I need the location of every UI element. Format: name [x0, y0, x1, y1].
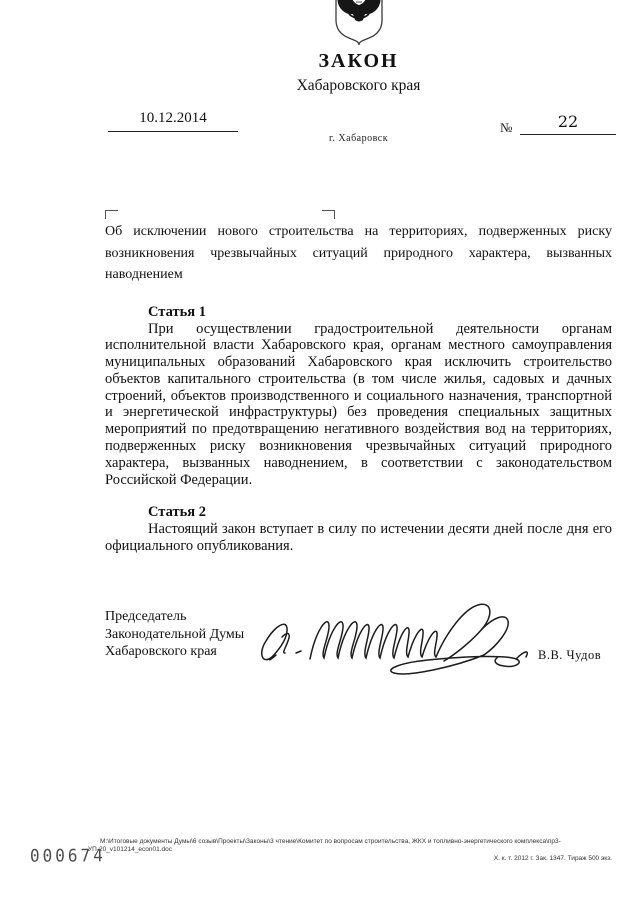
crop-mark-right-icon	[322, 210, 335, 219]
registration-stamp-number: 000674	[30, 845, 106, 866]
document-number: 22	[520, 112, 616, 135]
footer-file-path-line1: М:\Итоговые документы Думы\6 созыв\Проек…	[88, 838, 614, 846]
document-title: Об исключении нового строительства на те…	[105, 221, 612, 286]
footer-print-info: Х. к. т. 2012 г. Зак. 1347. Тираж 500 эк…	[380, 855, 612, 862]
document-region-subtitle: Хабаровского края	[105, 77, 612, 95]
document-date: 10.12.2014	[108, 110, 238, 132]
emblem-wrap	[105, 0, 612, 51]
signer-position-block: Председатель Законодательной Думы Хабаро…	[105, 608, 244, 661]
article-1-text: При осуществлении градостроительной деят…	[105, 321, 612, 489]
article-2-text: Настоящий закон вступает в силу по истеч…	[105, 521, 612, 555]
footer-file-path: М:\Итоговые документы Думы\6 созыв\Проек…	[88, 838, 614, 853]
article-2-heading: Статья 2	[148, 504, 612, 521]
document-body: Об исключении нового строительства на те…	[105, 221, 612, 555]
signer-position-line: Хабаровского края	[105, 643, 244, 661]
signer-position-line: Законодательной Думы	[105, 626, 244, 644]
coat-of-arms-icon	[325, 0, 393, 46]
crop-mark-left-icon	[105, 210, 118, 219]
article-1-heading: Статья 1	[148, 304, 612, 321]
signer-name: В.В. Чудов	[538, 648, 601, 663]
handwritten-signature	[258, 593, 553, 685]
document-city: г. Хабаровск	[105, 133, 612, 144]
signer-position-line: Председатель	[105, 608, 244, 626]
law-document-page: ЗАКОН Хабаровского края 10.12.2014 № 22 …	[0, 0, 640, 905]
footer-file-path-line2: УП-20_v101214_econ01.doc	[88, 846, 614, 854]
document-type-title: ЗАКОН	[105, 50, 612, 73]
